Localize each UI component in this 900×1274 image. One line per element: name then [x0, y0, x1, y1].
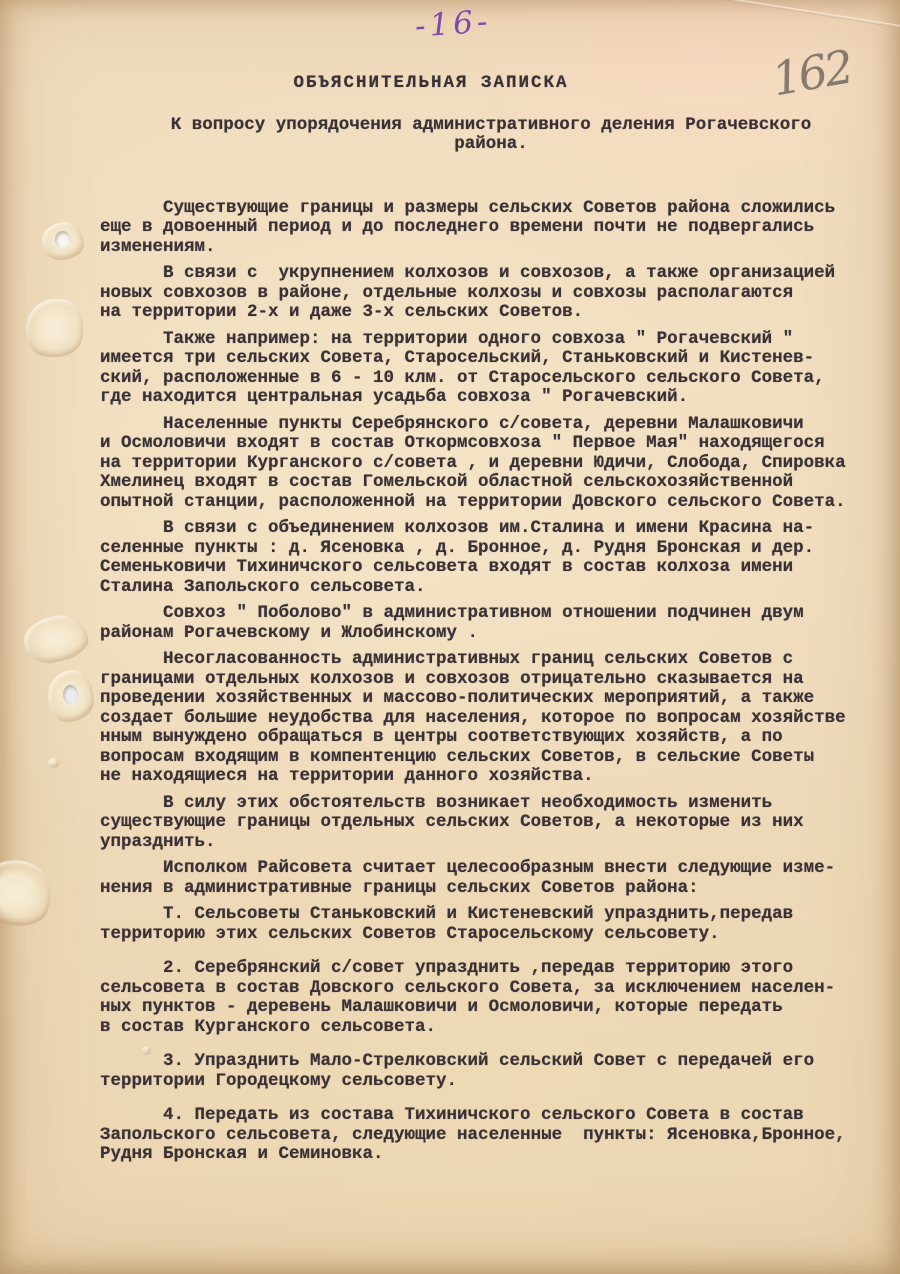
punch-hole [48, 670, 94, 722]
document-title: ОБЪЯСНИТЕЛЬНАЯ ЗАПИСКА [100, 74, 762, 94]
list-item-4: 4. Передать из состава Тихиничского сель… [100, 1106, 882, 1165]
punch-hole [0, 850, 61, 937]
paper-crease [617, 0, 900, 35]
paragraph-3: Также например: на территории одного сов… [100, 330, 882, 408]
document-body: Существующие границы и размеры сельских … [100, 199, 882, 1165]
handwritten-page-number: -16- [414, 3, 493, 44]
document-subtitle: К вопросу упорядочения административного… [100, 116, 882, 155]
list-item-2: 2. Серебрянский с/совет упразднить ,пере… [100, 959, 882, 1037]
punch-hole [20, 292, 91, 364]
punch-hole-opening [55, 231, 70, 248]
list-item-3: 3. Упразднить Мало-Стрелковский сельский… [100, 1052, 882, 1091]
punch-hole-opening [63, 685, 78, 704]
scan-page: -16- 162 ОБЪЯСНИТЕЛЬНАЯ ЗАПИСКА К вопрос… [0, 0, 900, 1274]
punch-hole [21, 612, 91, 666]
punch-hole [42, 222, 84, 260]
document-content: ОБЪЯСНИТЕЛЬНАЯ ЗАПИСКА К вопросу упорядо… [100, 74, 882, 1172]
paragraph-9: Исполком Райсовета считает целесообразны… [100, 859, 882, 898]
paragraph-8: В силу этих обстоятельств возникает необ… [100, 794, 882, 853]
paragraph-4: Населенные пункты Серебрянского с/совета… [100, 415, 882, 513]
paper-speck [48, 758, 59, 768]
paragraph-1: Существующие границы и размеры сельских … [100, 199, 882, 258]
list-item-1: Т. Сельсоветы Станьковский и Кистеневски… [100, 905, 882, 944]
paragraph-5: В связи с объединением колхозов им.Стали… [100, 519, 882, 597]
paragraph-6: Совхоз " Поболово" в административном от… [100, 604, 882, 643]
paragraph-7: Несогласованность административных грани… [100, 650, 882, 787]
paragraph-2: В связи с укрупнением колхозов и совхозо… [100, 264, 882, 323]
